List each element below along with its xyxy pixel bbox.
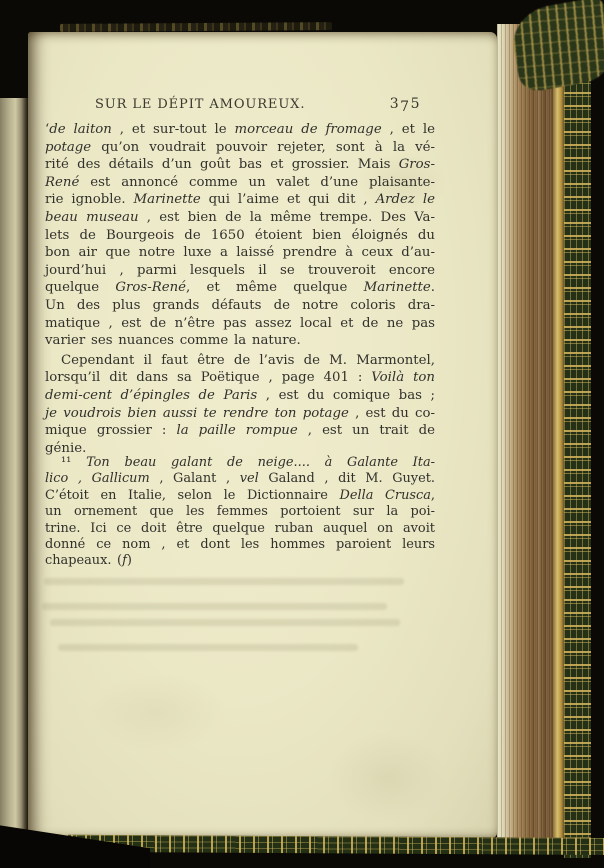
italic-text: Gros- [399, 157, 435, 172]
text-line: ‘de laiton , et sur-tout le morceau de f… [45, 121, 435, 139]
italic-text: lico , Gallicum [45, 471, 150, 486]
footnote-text: ¹¹ Ton beau galant de neige.... à Galant… [45, 455, 435, 570]
text: Un des plus grands défauts de notre colo… [45, 298, 435, 313]
text-line: demi-cent d’épingles de Paris , est du c… [45, 387, 435, 405]
text: , et même quelque [186, 280, 364, 295]
facing-page-edge [0, 98, 28, 846]
text: . [431, 280, 435, 295]
text: lorsqu’il dit dans sa Poëtique , page 40… [45, 370, 371, 385]
fore-edge-page-stack [497, 24, 553, 846]
text: C’étoit en Italie, selon le Dictionnaire [45, 488, 340, 503]
paragraph: ‘de laiton , et sur-tout le morceau de f… [45, 121, 435, 350]
italic-text: morceau de fromage [235, 122, 382, 137]
text-line: lorsqu’il dit dans sa Poëtique , page 40… [45, 369, 435, 387]
verso-show-through [50, 619, 400, 626]
paragraph: Cependant il faut être de l’avis de M. M… [45, 352, 435, 458]
text-line: trine. Ici ce doit être quelque ruban au… [45, 521, 435, 537]
text: , et sur-tout le [112, 122, 235, 137]
text-line: René est annoncé comme un valet d’une pl… [45, 174, 435, 192]
text: chapeaux. ( [45, 553, 122, 568]
text-line: beau museau , est bien de la même trempe… [45, 209, 435, 227]
italic-text: Ardez le [376, 192, 435, 207]
italic-text: Marinette [134, 192, 201, 207]
text: bon air que notre luxe a laissé prendre … [45, 245, 435, 260]
text-line: je voudrois bien aussi te rendre ton pot… [45, 405, 435, 423]
text: , [431, 488, 435, 503]
page-number: 375 [390, 96, 421, 112]
text-line: rité des détails d’un goût bas et grossi… [45, 156, 435, 174]
italic-text: de laiton [49, 122, 112, 137]
italic-text: Gros-René [115, 280, 186, 295]
text: génie. [45, 441, 86, 456]
text: rité des détails d’un goût bas et grossi… [45, 157, 399, 172]
text-line: mique grossier : la paille rompue , est … [45, 422, 435, 440]
page-body: ‘de laiton , et sur-tout le morceau de f… [45, 121, 435, 457]
text: est annoncé comme un valet d’une plaisan… [79, 175, 435, 190]
text-line: lets de Bourgeois de 1650 étoient bien é… [45, 227, 435, 245]
text: ) [127, 553, 132, 568]
italic-text: Della Crusca [340, 488, 431, 503]
text: Galand , dit M. Guyet. [259, 471, 435, 486]
binding-ornament-right [564, 12, 591, 858]
page-number-digit: 5 [411, 96, 421, 112]
italic-text: vel [240, 471, 259, 486]
verso-show-through [42, 603, 387, 610]
text: varier ses nuances comme la nature. [45, 333, 301, 348]
book-page: SUR LE DÉPIT AMOUREUX. 375 ‘de laiton , … [28, 32, 497, 838]
text: , est un trait de [298, 423, 435, 438]
text-line: potage qu’on voudrait pouvoir rejeter, s… [45, 139, 435, 157]
page-number-digit: 7 [400, 99, 410, 115]
text: lets de Bourgeois de 1650 étoient bien é… [45, 228, 435, 243]
text: trine. Ici ce doit être quelque ruban au… [45, 521, 435, 536]
gilt-edge-strip [553, 26, 564, 846]
book-photograph: SUR LE DÉPIT AMOUREUX. 375 ‘de laiton , … [0, 0, 604, 868]
text: Cependant il faut être de l’avis de M. M… [61, 353, 435, 368]
text: , Galant , [150, 471, 240, 486]
text: mique grossier : [45, 423, 176, 438]
italic-text: potage [45, 140, 91, 155]
paper-stain [88, 672, 228, 752]
text: un ornement que les femmes portoient sur… [45, 504, 435, 519]
text-line: bon air que notre luxe a laissé prendre … [45, 244, 435, 262]
italic-text: Voilà ton [371, 370, 435, 385]
italic-text: beau museau [45, 210, 139, 225]
text: qui l’aime et qui dit , [201, 192, 376, 207]
text-line: varier ses nuances comme la nature. [45, 332, 435, 350]
text-line: jourd’hui , parmi lesquels il se trouver… [45, 262, 435, 280]
text: ¹¹ [61, 455, 86, 470]
paragraph: ¹¹ Ton beau galant de neige.... à Galant… [45, 455, 435, 570]
text: , est du comique bas ; [257, 388, 435, 403]
text: , est du co- [349, 406, 435, 421]
verso-show-through [58, 644, 358, 651]
binding-ornament-top [60, 22, 332, 32]
text-line: Cependant il faut être de l’avis de M. M… [45, 352, 435, 370]
text-line: Un des plus grands défauts de notre colo… [45, 297, 435, 315]
italic-text: Ton beau galant de neige.... à Galante I… [86, 455, 435, 470]
text-line: matique , est de n’être pas assez local … [45, 315, 435, 333]
text-line: donné ce nom , et dont les hommes paroie… [45, 537, 435, 553]
text: donné ce nom , et dont les hommes paroie… [45, 537, 435, 552]
italic-text: Marinette [364, 280, 431, 295]
text: quelque [45, 280, 115, 295]
text: , et le [382, 122, 435, 137]
text: rie ignoble. [45, 192, 134, 207]
running-head: SUR LE DÉPIT AMOUREUX. 375 [45, 96, 433, 112]
italic-text: René [45, 175, 79, 190]
text: , est bien de la même trempe. Des Va- [139, 210, 435, 225]
text: qu’on voudrait pouvoir rejeter, sont à l… [91, 140, 435, 155]
text: jourd’hui , parmi lesquels il se trouver… [45, 263, 435, 278]
running-title: SUR LE DÉPIT AMOUREUX. [95, 97, 305, 112]
text-line: un ornement que les femmes portoient sur… [45, 504, 435, 520]
text-line: chapeaux. (f) [45, 553, 435, 569]
text-line: quelque Gros-René, et même quelque Marin… [45, 279, 435, 297]
text-line: C’étoit en Italie, selon le Dictionnaire… [45, 488, 435, 504]
italic-text: demi-cent d’épingles de Paris [45, 388, 257, 403]
text-line: lico , Gallicum , Galant , vel Galand , … [45, 471, 435, 487]
text-line: ¹¹ Ton beau galant de neige.... à Galant… [45, 455, 435, 471]
italic-text: la paille rompue [176, 423, 297, 438]
italic-text: je voudrois bien aussi te rendre ton pot… [45, 406, 349, 421]
text: matique , est de n’être pas assez local … [45, 316, 435, 331]
binding-ornament-corner [508, 0, 604, 94]
page-number-digit: 3 [390, 96, 400, 112]
text-line: rie ignoble. Marinette qui l’aime et qui… [45, 191, 435, 209]
verso-show-through [44, 578, 404, 585]
paper-stain [328, 732, 448, 822]
